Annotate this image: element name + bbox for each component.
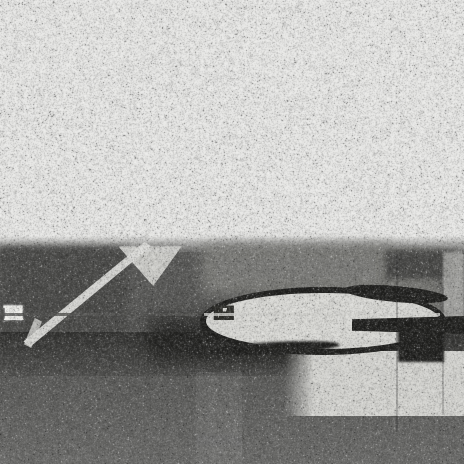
right-light-strip <box>443 252 464 318</box>
vertical-artifact-line <box>396 254 398 432</box>
bottom-left-light-strip <box>196 372 242 464</box>
glitch-scanline-right <box>204 313 440 316</box>
vertical-artifact-line-2 <box>442 287 444 415</box>
glitch-scanline-left <box>0 313 196 316</box>
t-stem-block <box>398 328 444 362</box>
album-art-canvas: E N T A N L E M E N T <box>0 0 464 464</box>
